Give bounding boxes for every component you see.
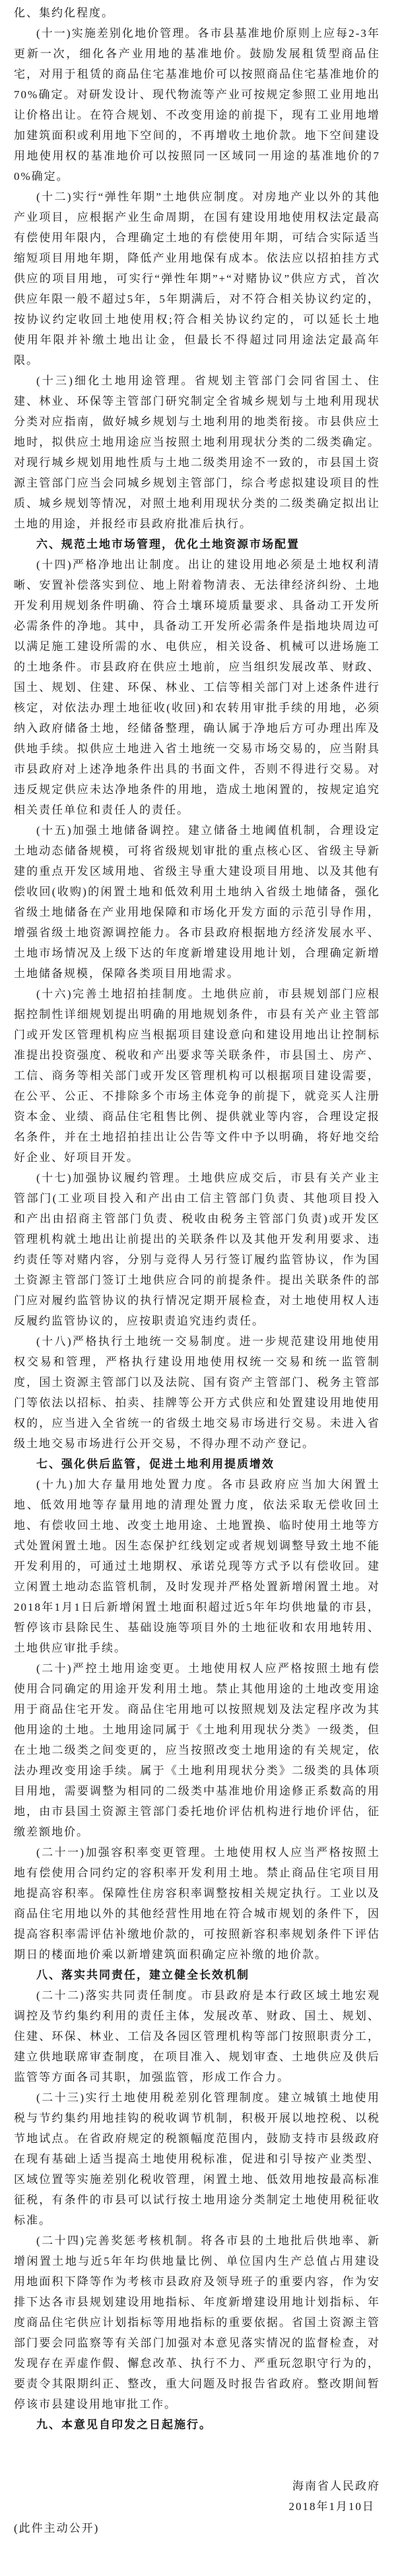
paragraph: (二十一)加强容积率变更管理。土地使用权人应当严格按照土地有偿使用合同约定的容积… [14, 1842, 380, 1965]
paragraph: (十五)加强土地储备调控。建立储备土地阈值机制，合理设定土地动态储备规模，可将省… [14, 820, 380, 984]
signature-author: 海南省人民政府 [14, 2476, 380, 2496]
paragraph: (十六)完善土地招拍挂制度。土地供应前，市县规划部门应根据控制性详细规划提出明确… [14, 984, 380, 1168]
disclosure-note: (此件主动公开) [14, 2518, 380, 2538]
paragraph: (十九)加大存量用地处置力度。各市县政府应当加大闲置土地、低效用地等存量用地的清… [14, 1474, 380, 1658]
paragraph: (二十三)实行土地使用税差别化管理制度。建立城镇土地使用税与节约集约用地挂钩的税… [14, 2087, 380, 2231]
document-page: 化、集约化程度。(十一)实施差别化地价管理。各市县基准地价原则上应每2-3年更新… [0, 0, 396, 2576]
paragraph: (二十二)落实共同责任制度。市县政府是本行政区域土地宏观调控及节约集约利用的责任… [14, 1985, 380, 2087]
signature-block: 海南省人民政府 2018年1月10日 [14, 2476, 380, 2517]
signature-date: 2018年1月10日 [14, 2496, 380, 2517]
paragraph: (十七)加强协议履约管理。土地供应成交后，市县有关产业主管部门(工业项目投入和产… [14, 1168, 380, 1331]
paragraph: (十三)细化土地用途管理。省规划主管部门会同省国土、住建、林业、环保等主管部门研… [14, 371, 380, 534]
section-heading: 八、落实共同责任，建立健全长效机制 [14, 1965, 380, 1985]
section-heading: 九、本意见自印发之日起施行。 [14, 2414, 380, 2435]
paragraph: (二十)严控土地用途变更。土地使用权人应严格按照土地有偿使用合同确定的用途开发利… [14, 1658, 380, 1842]
document-body: 化、集约化程度。(十一)实施差别化地价管理。各市县基准地价原则上应每2-3年更新… [14, 3, 380, 2435]
paragraph: (十二)实行“弹性年期”土地供应制度。对房地产业以外的其他产业项目，应根据产业生… [14, 187, 380, 371]
paragraph: (十八)严格执行土地统一交易制度。进一步规范建设用地使用权交易和管理，严格执行建… [14, 1331, 380, 1454]
paragraph: (十四)严格净地出让制度。出让的建设用地必须是土地权利清晰、安置补偿落实到位、地… [14, 554, 380, 820]
paragraph: 化、集约化程度。 [14, 3, 380, 23]
section-heading: 六、规范土地市场管理，优化土地资源市场配置 [14, 534, 380, 554]
paragraph: (十一)实施差别化地价管理。各市县基准地价原则上应每2-3年更新一次，细化各产业… [14, 23, 380, 187]
section-heading: 七、强化供后监管，促进土地利用提质增效 [14, 1454, 380, 1474]
paragraph: (二十四)完善奖惩考核机制。将各市县的土地批后供地率、新增闲置土地与近5年年均供… [14, 2231, 380, 2414]
